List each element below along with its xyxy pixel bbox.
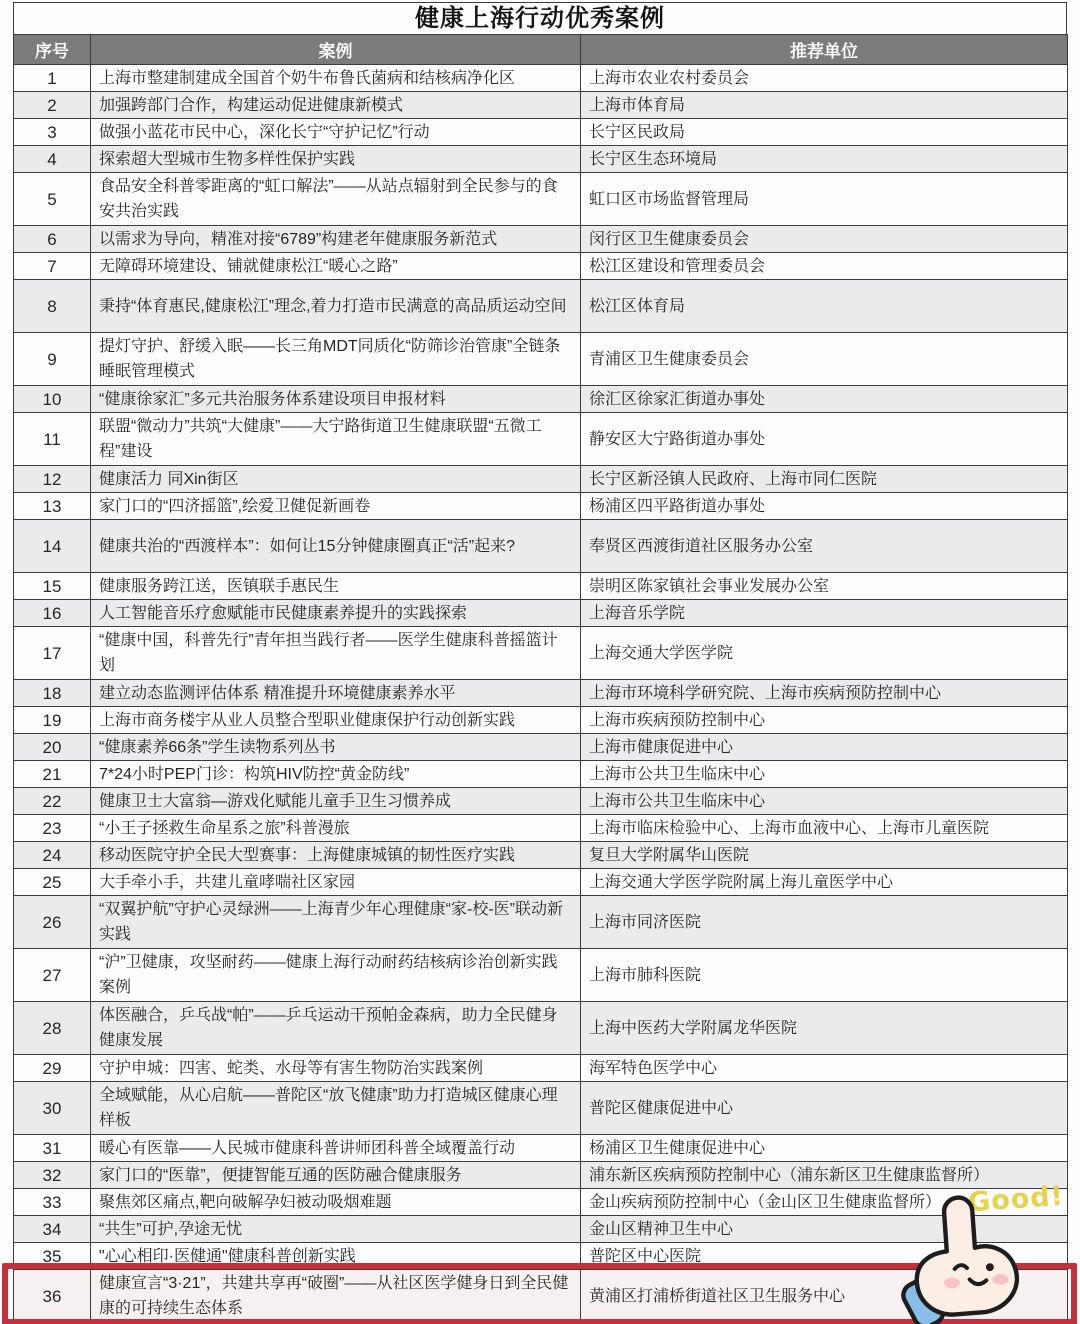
- row-number-cell: 17: [14, 627, 91, 680]
- table-row: 21 7*24小时PEP门诊：构筑HIV防控“黄金防线” 上海市公共卫生临床中心: [14, 761, 1068, 788]
- table-row: 20 “健康素养66条”学生读物系列丛书 上海市健康促进中心: [14, 734, 1068, 761]
- case-cell: 人工智能音乐疗愈赋能市民健康素养提升的实践探索: [91, 600, 581, 627]
- case-cell: 提灯守护、舒缓入眠——长三角MDT同质化“防筛诊治管康”全链条睡眠管理模式: [91, 333, 581, 386]
- case-cell: 建立动态监测评估体系 精准提升环境健康素养水平: [91, 680, 581, 707]
- case-cell: “沪”卫健康，攻坚耐药——健康上海行动耐药结核病诊治创新实践案例: [91, 949, 581, 1002]
- row-number-cell: 36: [14, 1270, 91, 1323]
- table-row: 11 联盟“微动力”共筑“大健康”——大宁路街道卫生健康联盟“五微工程”建设 静…: [14, 413, 1068, 466]
- row-number-cell: 26: [14, 896, 91, 949]
- table-row: 18 建立动态监测评估体系 精准提升环境健康素养水平 上海市环境科学研究院、上海…: [14, 680, 1068, 707]
- unit-cell: 静安区大宁路街道办事处: [581, 413, 1068, 466]
- unit-cell: 长宁区新泾镇人民政府、上海市同仁医院: [581, 466, 1068, 493]
- row-number-cell: 7: [14, 253, 91, 280]
- case-cell: 7*24小时PEP门诊：构筑HIV防控“黄金防线”: [91, 761, 581, 788]
- case-cell: 上海市整建制建成全国首个奶牛布鲁氏菌病和结核病净化区: [91, 65, 581, 92]
- header-cell-unit: 推荐单位: [581, 35, 1068, 65]
- row-number-cell: 20: [14, 734, 91, 761]
- unit-cell: 复旦大学附属华山医院: [581, 842, 1068, 869]
- row-number-cell: 28: [14, 1002, 91, 1055]
- row-number-cell: 10: [14, 386, 91, 413]
- table-row: 22 健康卫士大富翁—游戏化赋能儿童手卫生习惯养成 上海市公共卫生临床中心: [14, 788, 1068, 815]
- case-cell: “健康徐家汇”多元共治服务体系建设项目申报材料: [91, 386, 581, 413]
- row-number-cell: 2: [14, 92, 91, 119]
- unit-cell: 奉贤区西渡街道社区服务办公室: [581, 520, 1068, 573]
- case-cell: 健康活力 同Xin街区: [91, 466, 581, 493]
- case-cell: 聚焦郊区痛点,靶向破解孕妇被动吸烟难题: [91, 1189, 581, 1216]
- header-cell-index: 序号: [14, 35, 91, 65]
- case-cell: 体医融合，乒乓战“帕”——乒乓运动干预帕金森病，助力全民健身健康发展: [91, 1002, 581, 1055]
- table-row: 23 “小王子拯救生命星系之旅”科普漫旅 上海市临床检验中心、上海市血液中心、上…: [14, 815, 1068, 842]
- thumbs-up-hand-icon: [901, 1192, 1033, 1324]
- table-row: 26 “双翼护航”守护心灵绿洲——上海青少年心理健康“家-校-医”联动新实践 上…: [14, 896, 1068, 949]
- unit-cell: 杨浦区四平路街道办事处: [581, 493, 1068, 520]
- row-number-cell: 29: [14, 1055, 91, 1082]
- header-cell-case: 案例: [91, 35, 581, 65]
- row-number-cell: 21: [14, 761, 91, 788]
- unit-cell: 闵行区卫生健康委员会: [581, 226, 1068, 253]
- unit-cell: 上海市同济医院: [581, 896, 1068, 949]
- table-row: 9 提灯守护、舒缓入眠——长三角MDT同质化“防筛诊治管康”全链条睡眠管理模式 …: [14, 333, 1068, 386]
- row-number-cell: 6: [14, 226, 91, 253]
- table-row: 4 探索超大型城市生物多样性保护实践 长宁区生态环境局: [14, 146, 1068, 173]
- unit-cell: 上海市环境科学研究院、上海市疾病预防控制中心: [581, 680, 1068, 707]
- row-number-cell: 16: [14, 600, 91, 627]
- table-row: 16 人工智能音乐疗愈赋能市民健康素养提升的实践探索 上海音乐学院: [14, 600, 1068, 627]
- case-cell: 健康卫士大富翁—游戏化赋能儿童手卫生习惯养成: [91, 788, 581, 815]
- thumbs-up-sticker: Good!: [901, 1182, 1066, 1324]
- table-row: 14 健康共治的“西渡样本”：如何让15分钟健康圈真正“活”起来? 奉贤区西渡街…: [14, 520, 1068, 573]
- row-number-cell: 18: [14, 680, 91, 707]
- case-cell: 移动医院守护全民大型赛事：上海健康城镇的韧性医疗实践: [91, 842, 581, 869]
- row-number-cell: 32: [14, 1162, 91, 1189]
- case-cell: “健康中国，科普先行”青年担当践行者——医学生健康科普摇篮计划: [91, 627, 581, 680]
- unit-cell: 上海交通大学医学院附属上海儿童医学中心: [581, 869, 1068, 896]
- table-row: 7 无障碍环境建设、铺就健康松江“暖心之路” 松江区建设和管理委员会: [14, 253, 1068, 280]
- table-row: 24 移动医院守护全民大型赛事：上海健康城镇的韧性医疗实践 复旦大学附属华山医院: [14, 842, 1068, 869]
- unit-cell: 杨浦区卫生健康促进中心: [581, 1135, 1068, 1162]
- row-number-cell: 34: [14, 1216, 91, 1243]
- unit-cell: 长宁区生态环境局: [581, 146, 1068, 173]
- case-cell: 大手牵小手，共建儿童哮喘社区家园: [91, 869, 581, 896]
- table-row: 8 秉持“体育惠民,健康松江”理念,着力打造市民满意的高品质运动空间 松江区体育…: [14, 280, 1068, 333]
- case-cell: 健康宣言“3·21”，共建共享再“破圈”——从社区医学健身日到全民健康的可持续生…: [91, 1270, 581, 1323]
- row-number-cell: 23: [14, 815, 91, 842]
- row-number-cell: 13: [14, 493, 91, 520]
- unit-cell: 普陀区健康促进中心: [581, 1082, 1068, 1135]
- unit-cell: 青浦区卫生健康委员会: [581, 333, 1068, 386]
- row-number-cell: 27: [14, 949, 91, 1002]
- case-cell: 家门口的“医靠”，便捷智能互通的医防融合健康服务: [91, 1162, 581, 1189]
- unit-cell: 崇明区陈家镇社会事业发展办公室: [581, 573, 1068, 600]
- case-cell: 加强跨部门合作，构建运动促进健康新模式: [91, 92, 581, 119]
- case-cell: 守护申城：四害、蛇类、水母等有害生物防治实践案例: [91, 1055, 581, 1082]
- header-row: 序号 案例 推荐单位: [14, 35, 1068, 65]
- case-cell: 联盟“微动力”共筑“大健康”——大宁路街道卫生健康联盟“五微工程”建设: [91, 413, 581, 466]
- unit-cell: 海军特色医学中心: [581, 1055, 1068, 1082]
- table-row: 13 家门口的“四济摇篮”,绘爱卫健促新画卷 杨浦区四平路街道办事处: [14, 493, 1068, 520]
- unit-cell: 上海市肺科医院: [581, 949, 1068, 1002]
- row-number-cell: 33: [14, 1189, 91, 1216]
- unit-cell: 松江区体育局: [581, 280, 1068, 333]
- row-number-cell: 8: [14, 280, 91, 333]
- case-cell: 家门口的“四济摇篮”,绘爱卫健促新画卷: [91, 493, 581, 520]
- case-cell: 探索超大型城市生物多样性保护实践: [91, 146, 581, 173]
- case-cell: “共生”可护,孕途无忧: [91, 1216, 581, 1243]
- row-number-cell: 35: [14, 1243, 91, 1270]
- row-number-cell: 5: [14, 173, 91, 226]
- unit-cell: 上海市疾病预防控制中心: [581, 707, 1068, 734]
- table-row: 19 上海市商务楼宇从业人员整合型职业健康保护行动创新实践 上海市疾病预防控制中…: [14, 707, 1068, 734]
- cases-table-wrap: 健康上海行动优秀案例 序号 案例 推荐单位 1 上海市整建制建成全国首个奶牛布鲁…: [13, 2, 1067, 1323]
- case-cell: 健康共治的“西渡样本”：如何让15分钟健康圈真正“活”起来?: [91, 520, 581, 573]
- unit-cell: 上海市体育局: [581, 92, 1068, 119]
- cases-table: 序号 案例 推荐单位 1 上海市整建制建成全国首个奶牛布鲁氏菌病和结核病净化区 …: [13, 34, 1068, 1323]
- row-number-cell: 1: [14, 65, 91, 92]
- row-number-cell: 9: [14, 333, 91, 386]
- unit-cell: 虹口区市场监督管理局: [581, 173, 1068, 226]
- table-row: 1 上海市整建制建成全国首个奶牛布鲁氏菌病和结核病净化区 上海市农业农村委员会: [14, 65, 1068, 92]
- page-title: 健康上海行动优秀案例: [13, 2, 1067, 34]
- table-row: 17 “健康中国，科普先行”青年担当践行者——医学生健康科普摇篮计划 上海交通大…: [14, 627, 1068, 680]
- row-number-cell: 19: [14, 707, 91, 734]
- table-row: 6 以需求为导向，精准对接“6789”构建老年健康服务新范式 闵行区卫生健康委员…: [14, 226, 1068, 253]
- unit-cell: 上海市农业农村委员会: [581, 65, 1068, 92]
- case-cell: 暖心有医靠——人民城市健康科普讲师团科普全域覆盖行动: [91, 1135, 581, 1162]
- unit-cell: 长宁区民政局: [581, 119, 1068, 146]
- case-cell: 全域赋能，从心启航——普陀区“放飞健康”助力打造城区健康心理样板: [91, 1082, 581, 1135]
- table-row: 2 加强跨部门合作，构建运动促进健康新模式 上海市体育局: [14, 92, 1068, 119]
- table-row: 10 “健康徐家汇”多元共治服务体系建设项目申报材料 徐汇区徐家汇街道办事处: [14, 386, 1068, 413]
- table-row: 28 体医融合，乒乓战“帕”——乒乓运动干预帕金森病，助力全民健身健康发展 上海…: [14, 1002, 1068, 1055]
- case-cell: 健康服务跨江送，医镇联手惠民生: [91, 573, 581, 600]
- row-number-cell: 11: [14, 413, 91, 466]
- table-row: 15 健康服务跨江送，医镇联手惠民生 崇明区陈家镇社会事业发展办公室: [14, 573, 1068, 600]
- unit-cell: 松江区建设和管理委员会: [581, 253, 1068, 280]
- case-cell: 秉持“体育惠民,健康松江”理念,着力打造市民满意的高品质运动空间: [91, 280, 581, 333]
- row-number-cell: 3: [14, 119, 91, 146]
- table-body: 1 上海市整建制建成全国首个奶牛布鲁氏菌病和结核病净化区 上海市农业农村委员会 …: [14, 65, 1068, 1323]
- case-cell: “双翼护航”守护心灵绿洲——上海青少年心理健康“家-校-医”联动新实践: [91, 896, 581, 949]
- row-number-cell: 30: [14, 1082, 91, 1135]
- row-number-cell: 31: [14, 1135, 91, 1162]
- case-cell: 做强小蓝花市民中心，深化长宁“守护记忆”行动: [91, 119, 581, 146]
- unit-cell: 上海市健康促进中心: [581, 734, 1068, 761]
- table-row: 27 “沪”卫健康，攻坚耐药——健康上海行动耐药结核病诊治创新实践案例 上海市肺…: [14, 949, 1068, 1002]
- table-header: 序号 案例 推荐单位: [14, 35, 1068, 65]
- unit-cell: 上海市公共卫生临床中心: [581, 761, 1068, 788]
- unit-cell: 徐汇区徐家汇街道办事处: [581, 386, 1068, 413]
- table-row: 30 全域赋能，从心启航——普陀区“放飞健康”助力打造城区健康心理样板 普陀区健…: [14, 1082, 1068, 1135]
- case-cell: 以需求为导向，精准对接“6789”构建老年健康服务新范式: [91, 226, 581, 253]
- table-row: 12 健康活力 同Xin街区 长宁区新泾镇人民政府、上海市同仁医院: [14, 466, 1068, 493]
- row-number-cell: 24: [14, 842, 91, 869]
- unit-cell: 上海音乐学院: [581, 600, 1068, 627]
- row-number-cell: 15: [14, 573, 91, 600]
- case-cell: “健康素养66条”学生读物系列丛书: [91, 734, 581, 761]
- row-number-cell: 4: [14, 146, 91, 173]
- table-row: 5 食品安全科普零距离的“虹口解法”——从站点辐射到全民参与的食安共治实践 虹口…: [14, 173, 1068, 226]
- unit-cell: 上海市临床检验中心、上海市血液中心、上海市儿童医院: [581, 815, 1068, 842]
- row-number-cell: 12: [14, 466, 91, 493]
- case-cell: 食品安全科普零距离的“虹口解法”——从站点辐射到全民参与的食安共治实践: [91, 173, 581, 226]
- row-number-cell: 14: [14, 520, 91, 573]
- row-number-cell: 22: [14, 788, 91, 815]
- table-row: 25 大手牵小手，共建儿童哮喘社区家园 上海交通大学医学院附属上海儿童医学中心: [14, 869, 1068, 896]
- unit-cell: 上海市公共卫生临床中心: [581, 788, 1068, 815]
- unit-cell: 上海中医药大学附属龙华医院: [581, 1002, 1068, 1055]
- table-row: 3 做强小蓝花市民中心，深化长宁“守护记忆”行动 长宁区民政局: [14, 119, 1068, 146]
- case-cell: 无障碍环境建设、铺就健康松江“暖心之路”: [91, 253, 581, 280]
- unit-cell: 上海交通大学医学院: [581, 627, 1068, 680]
- case-cell: "心心相印·医健通"健康科普创新实践: [91, 1243, 581, 1270]
- case-cell: 上海市商务楼宇从业人员整合型职业健康保护行动创新实践: [91, 707, 581, 734]
- case-cell: “小王子拯救生命星系之旅”科普漫旅: [91, 815, 581, 842]
- table-row: 31 暖心有医靠——人民城市健康科普讲师团科普全域覆盖行动 杨浦区卫生健康促进中…: [14, 1135, 1068, 1162]
- row-number-cell: 25: [14, 869, 91, 896]
- table-row: 29 守护申城：四害、蛇类、水母等有害生物防治实践案例 海军特色医学中心: [14, 1055, 1068, 1082]
- screenshot-page: 健康上海行动优秀案例 序号 案例 推荐单位 1 上海市整建制建成全国首个奶牛布鲁…: [0, 0, 1080, 1324]
